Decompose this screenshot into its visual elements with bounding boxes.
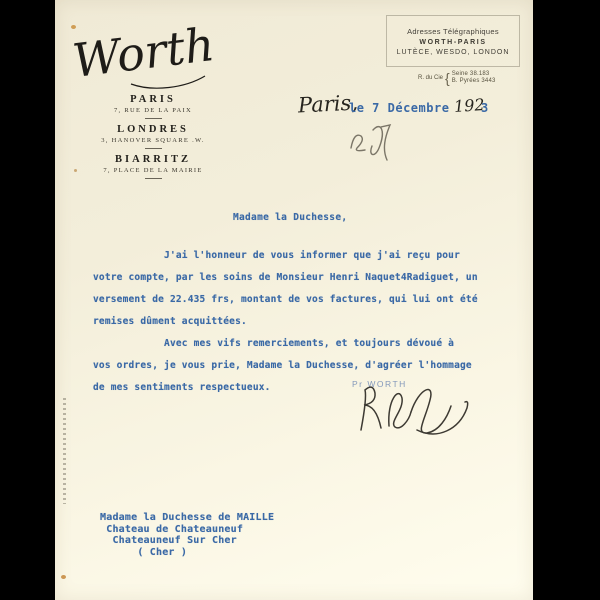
divider-rule: [145, 148, 162, 149]
divider-rule: [145, 118, 162, 119]
recipient-address: Madame la Duchesse de MAILLE Chateau de …: [100, 512, 274, 558]
worth-logo: Worth: [73, 18, 233, 98]
brace-glyph: {: [445, 70, 450, 86]
foxing-spot: [61, 575, 66, 579]
dateline-typed-date: le 7 Décembre: [349, 101, 449, 115]
letter-body: J'ai l'honneur de vous informer que j'ai…: [93, 245, 513, 399]
office-city: PARIS: [83, 94, 223, 105]
registry-rows: Seine 38.183B. Pyrées 3443: [452, 71, 496, 85]
office-city: BIARRITZ: [83, 154, 223, 165]
pencil-note-scribble: [345, 118, 397, 164]
dateline-typed-year: 3: [481, 101, 488, 115]
letter-paper: Worth PARIS 7, RUE DE LA PAIX LONDRES 3,…: [55, 0, 533, 600]
office-city: LONDRES: [83, 124, 223, 135]
foxing-spot: [74, 169, 77, 172]
handwritten-signature: [347, 378, 497, 438]
trade-registry: R. du Cie { Seine 38.183B. Pyrées 3443: [418, 70, 496, 86]
printer-micro-text-mark: [63, 398, 66, 504]
foxing-spot: [71, 25, 76, 29]
divider-rule: [145, 178, 162, 179]
telegraph-address-box: Adresses Télégraphiques WORTH-PARIS LUTÈ…: [386, 15, 520, 67]
telegraph-title: Adresses Télégraphiques: [407, 27, 499, 36]
registry-prefix: R. du Cie: [418, 75, 443, 81]
office-address: 3, HANOVER SQUARE .W.: [83, 137, 223, 144]
worth-logo-text: Worth: [73, 18, 217, 88]
office-biarritz: BIARRITZ 7, PLACE DE LA MAIRIE: [83, 154, 223, 179]
office-paris: PARIS 7, RUE DE LA PAIX: [83, 94, 223, 119]
office-address: 7, PLACE DE LA MAIRIE: [83, 167, 223, 174]
office-address: 7, RUE DE LA PAIX: [83, 107, 223, 114]
office-address-list: PARIS 7, RUE DE LA PAIX LONDRES 3, HANOV…: [83, 94, 223, 184]
telegraph-worth-paris: WORTH-PARIS: [419, 39, 486, 46]
telegraph-lutece-wesdo: LUTÈCE, WESDO, LONDON: [397, 49, 510, 56]
office-londres: LONDRES 3, HANOVER SQUARE .W.: [83, 124, 223, 149]
salutation: Madame la Duchesse,: [233, 212, 347, 223]
worth-script-logo-svg: Worth: [73, 18, 233, 98]
